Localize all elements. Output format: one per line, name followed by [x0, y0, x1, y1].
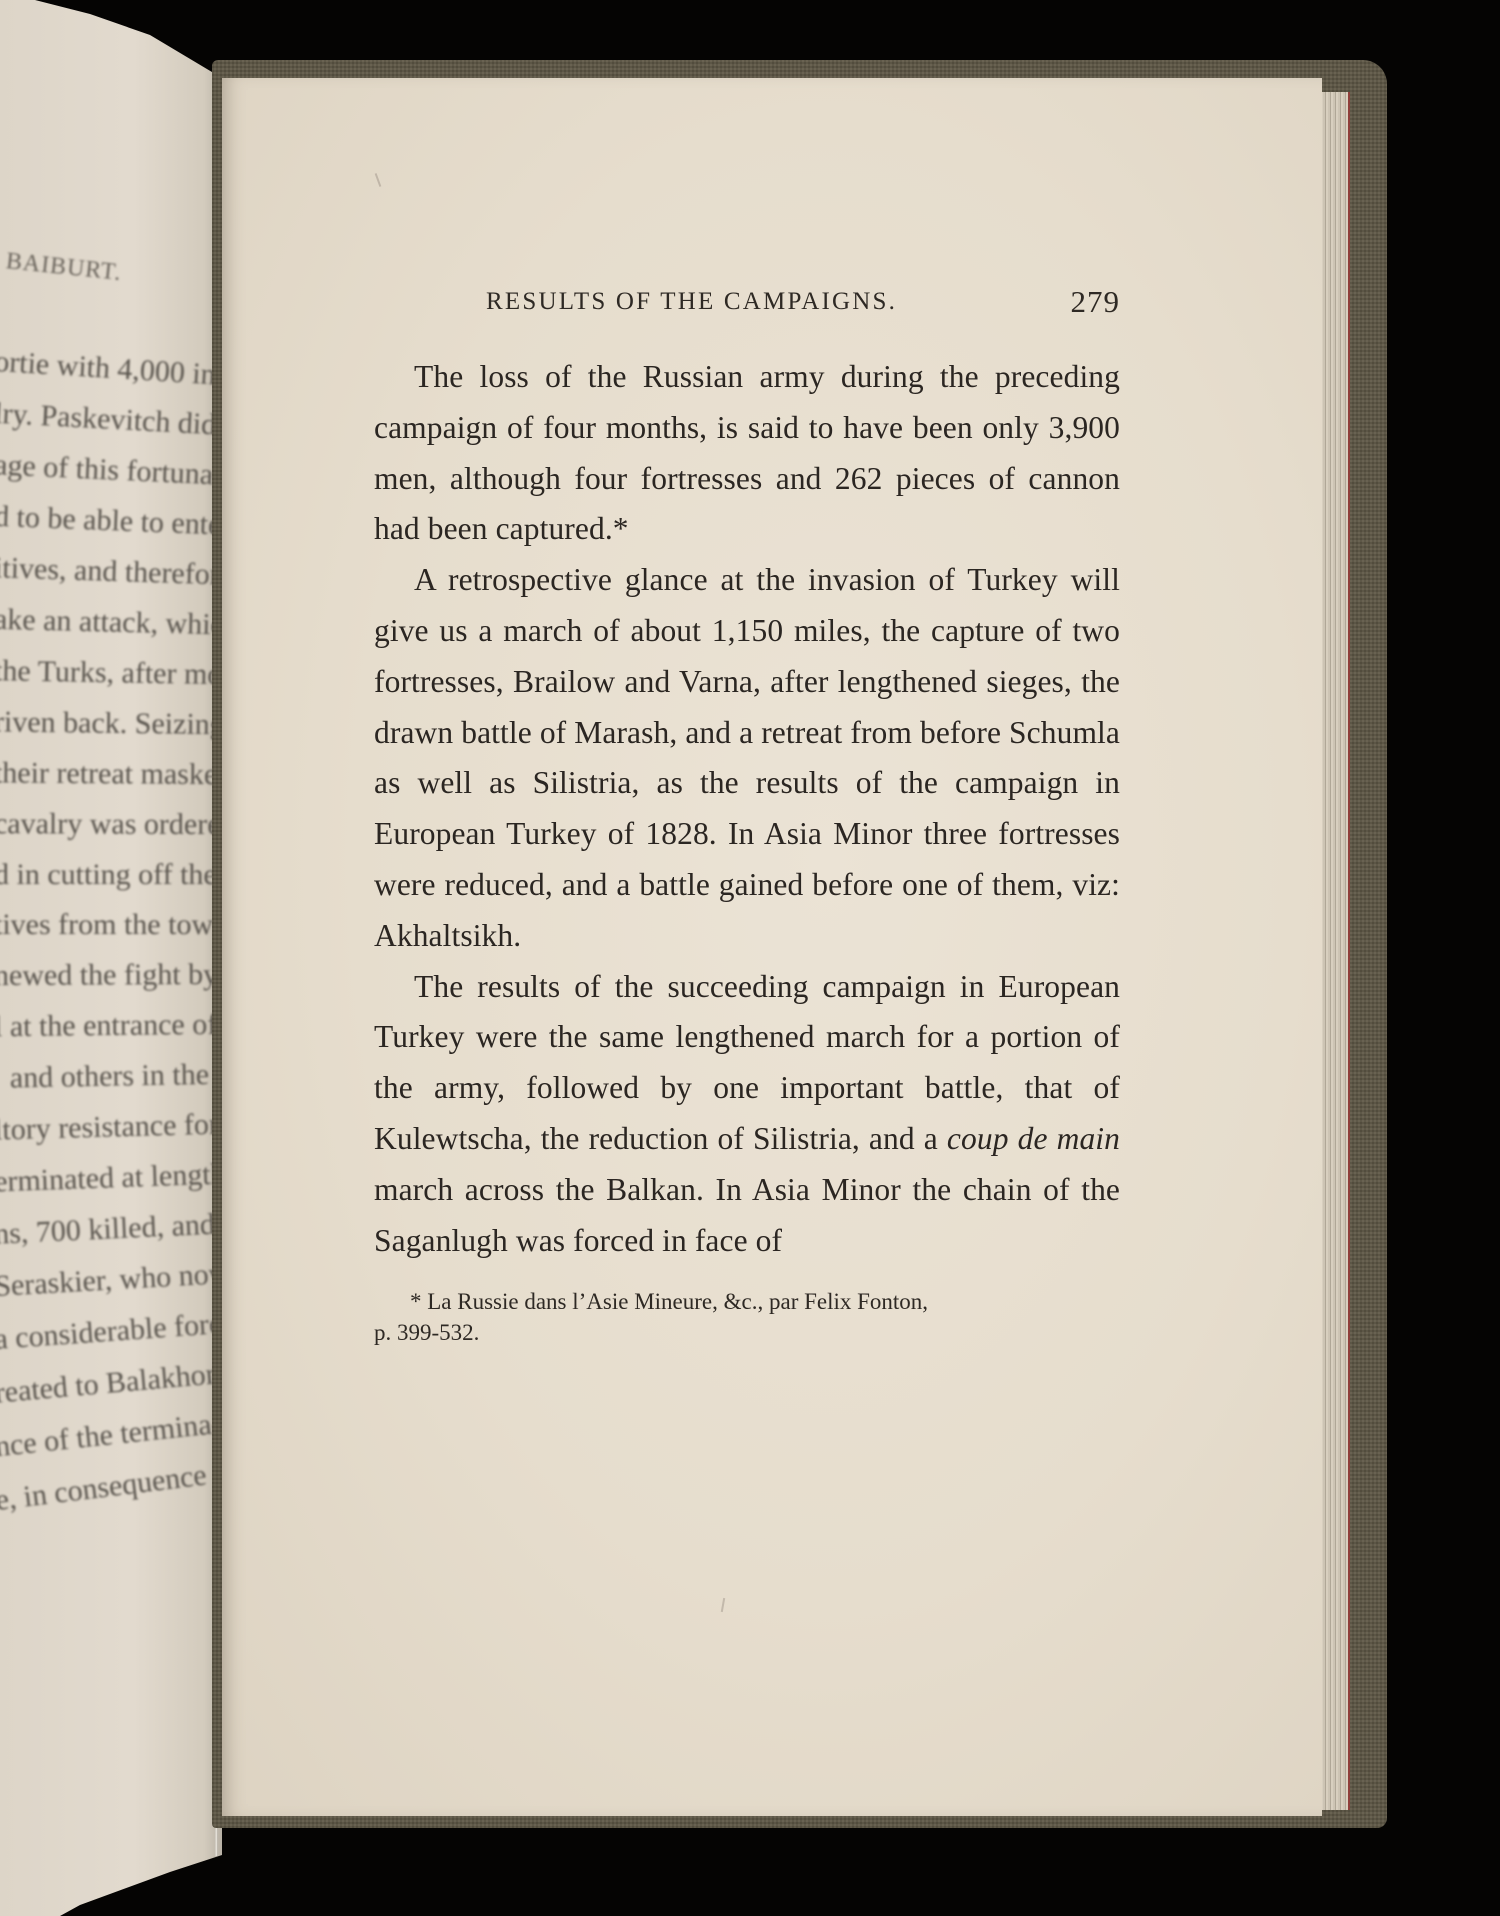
left-line: d in cutting off the [0, 858, 209, 892]
left-line: Seraskier, who now [0, 1258, 210, 1304]
paragraph-2: A retrospective glance at the invasion o… [374, 555, 1120, 961]
left-line: ltory resistance for [0, 1108, 209, 1148]
left-running-head: BAIBURT. [5, 248, 123, 287]
right-page: RESULTS OF THE CAMPAIGNS. 279 The loss o… [222, 78, 1322, 1816]
left-line: nce of the termina- [0, 1408, 211, 1464]
left-line: cavalry was ordered [0, 807, 209, 842]
italic-phrase: coup de main [947, 1121, 1120, 1156]
footnote: * La Russie dans l’Asie Mineure, &c., pa… [374, 1286, 1120, 1348]
running-head: RESULTS OF THE CAMPAIGNS. 279 [374, 288, 1120, 328]
paper-speck [721, 1598, 725, 1612]
left-line: ake an attack, which [0, 603, 209, 642]
page-block-edge [1318, 92, 1350, 1810]
page-number: 279 [1071, 284, 1121, 320]
left-page: BAIBURT. ortie with 4,000 in- lry. Paske… [0, 0, 222, 1916]
left-line: d to be able to enter [0, 500, 210, 542]
paragraph-3-end: march across the Balkan. In Asia Minor t… [374, 1172, 1120, 1258]
left-line: reated to Balakhor, [0, 1358, 210, 1411]
left-line: age of this fortunate [0, 448, 210, 492]
footnote-line-1: * La Russie dans l’Asie Mineure, &c., pa… [374, 1286, 1120, 1317]
left-line: tives from the town. [0, 908, 209, 942]
left-line: riven back. Seizing [0, 705, 209, 742]
paragraph-1: The loss of the Russian army during the … [374, 352, 1120, 555]
left-line: the Turks, after most [0, 654, 209, 692]
paper-speck [375, 173, 382, 187]
left-line: newed the fight by [0, 958, 209, 993]
left-line: lry. Paskevitch did [0, 397, 210, 442]
left-line: ortie with 4,000 in- [0, 345, 210, 392]
page-content: RESULTS OF THE CAMPAIGNS. 279 The loss o… [374, 288, 1120, 1348]
footnote-line-2: p. 399-532. [374, 1320, 479, 1345]
left-line: erminated at length [0, 1158, 210, 1199]
running-head-title: RESULTS OF THE CAMPAIGNS. [486, 288, 897, 316]
left-line: itives, and therefore [0, 551, 210, 592]
body-text: The loss of the Russian army during the … [374, 352, 1120, 1266]
left-line: a considerable force [0, 1308, 210, 1357]
left-line: l at the entrance of [0, 1008, 209, 1044]
left-line: e, in consequence of [0, 1458, 211, 1518]
left-line: their retreat masked [0, 756, 209, 792]
paragraph-3: The results of the succeeding campaign i… [374, 962, 1120, 1267]
left-line: and others in the [0, 1058, 209, 1096]
left-line: ns, 700 killed, and [0, 1208, 210, 1252]
